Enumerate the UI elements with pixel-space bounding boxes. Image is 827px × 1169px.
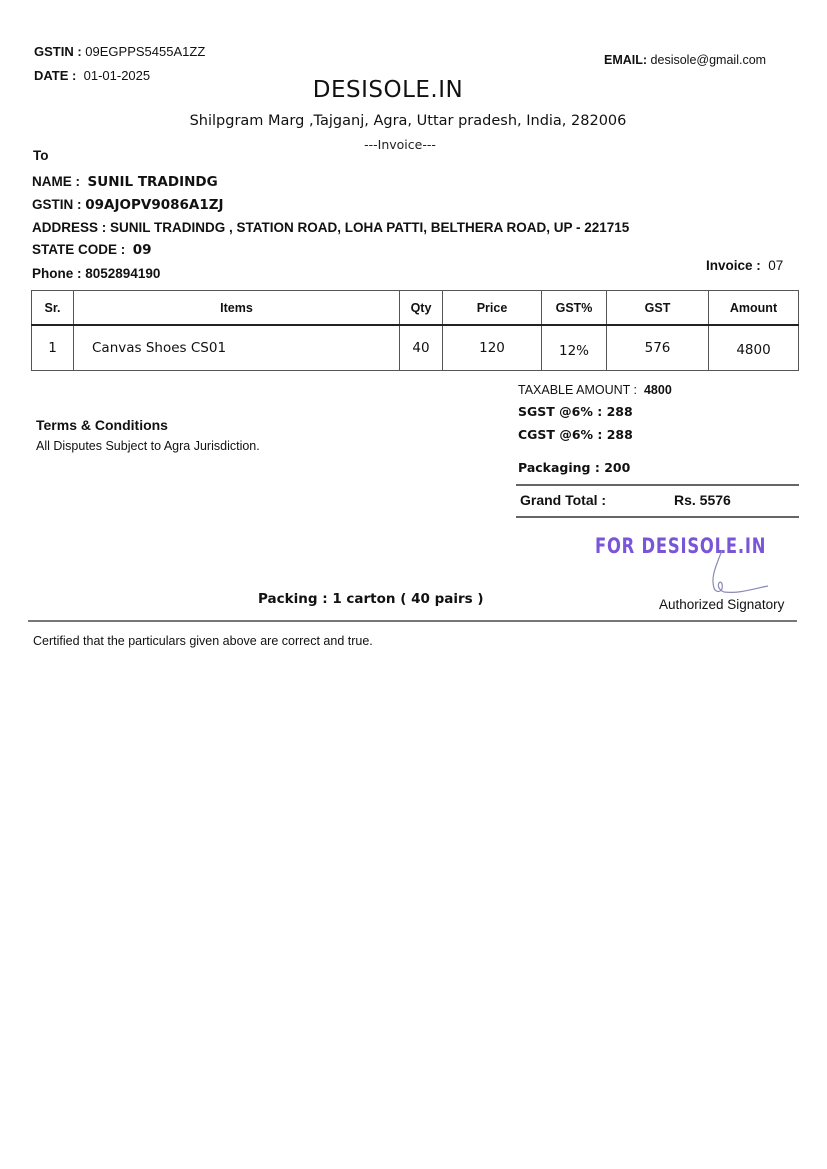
buyer-state-code: STATE CODE : 09	[32, 242, 152, 258]
column-header-gst-percent: GST%	[542, 291, 607, 326]
table-row: 1 Canvas Shoes CS01 40 120 12% 576 4800	[32, 325, 799, 371]
cell-gst: 576	[607, 325, 709, 371]
state-code-value: 09	[133, 242, 152, 258]
seller-email: EMAIL: desisole@gmail.com	[604, 53, 766, 67]
seller-gstin: GSTIN : 09EGPPS5455A1ZZ	[34, 44, 205, 59]
terms-title: Terms & Conditions	[36, 417, 168, 433]
terms-text: All Disputes Subject to Agra Jurisdictio…	[36, 439, 260, 453]
email-value: desisole@gmail.com	[651, 53, 767, 67]
phone-value: 8052894190	[85, 266, 160, 281]
authorized-signatory-label: Authorized Signatory	[659, 597, 784, 612]
divider	[516, 484, 799, 486]
packing-info: Packing : 1 carton ( 40 pairs )	[258, 591, 484, 607]
column-header-sr: Sr.	[32, 291, 74, 326]
buyer-address-label: ADDRESS :	[32, 220, 106, 235]
packaging-charge: Packaging : 200	[518, 460, 630, 475]
column-header-amount: Amount	[709, 291, 799, 326]
table-header-row: Sr. Items Qty Price GST% GST Amount	[32, 291, 799, 326]
grand-total-value: Rs. 5576	[674, 492, 731, 508]
buyer-address-value: SUNIL TRADINDG , STATION ROAD, LOHA PATT…	[110, 220, 629, 235]
cell-item: Canvas Shoes CS01	[74, 325, 400, 371]
buyer-phone: Phone : 8052894190	[32, 266, 160, 281]
buyer-name: NAME : SUNIL TRADINDG	[32, 174, 218, 190]
invoice-number-label: Invoice :	[706, 258, 761, 273]
buyer-name-value: SUNIL TRADINDG	[88, 174, 218, 190]
company-name: DESISOLE.IN	[0, 77, 776, 103]
column-header-gst: GST	[607, 291, 709, 326]
company-address: Shilpgram Marg ,Tajganj, Agra, Uttar pra…	[0, 113, 816, 129]
document-type: ---Invoice---	[0, 137, 800, 152]
column-header-price: Price	[443, 291, 542, 326]
signature-icon	[700, 548, 780, 598]
buyer-address: ADDRESS : SUNIL TRADINDG , STATION ROAD,…	[32, 220, 629, 235]
state-code-label: STATE CODE :	[32, 242, 125, 257]
buyer-name-label: NAME :	[32, 174, 80, 189]
seller-gstin-value: 09EGPPS5455A1ZZ	[85, 44, 205, 59]
to-label: To	[33, 148, 49, 163]
cell-qty: 40	[400, 325, 443, 371]
seller-gstin-label: GSTIN :	[34, 44, 82, 59]
taxable-label: TAXABLE AMOUNT :	[518, 383, 637, 397]
sgst-line: SGST @6% : 288	[518, 404, 633, 419]
column-header-qty: Qty	[400, 291, 443, 326]
phone-label: Phone :	[32, 266, 82, 281]
cell-gst-percent: 12%	[542, 325, 607, 371]
invoice-number-value: 07	[768, 258, 783, 273]
invoice-number: Invoice : 07	[706, 258, 783, 273]
grand-total-label: Grand Total :	[520, 492, 606, 508]
taxable-value: 4800	[644, 383, 672, 397]
buyer-gstin: GSTIN : 09AJOPV9086A1ZJ	[32, 197, 224, 213]
divider	[516, 516, 799, 518]
cgst-line: CGST @6% : 288	[518, 427, 633, 442]
email-label: EMAIL:	[604, 53, 647, 67]
buyer-gstin-label: GSTIN :	[32, 197, 82, 212]
taxable-amount: TAXABLE AMOUNT : 4800	[518, 383, 672, 397]
certification-text: Certified that the particulars given abo…	[33, 634, 373, 648]
items-table: Sr. Items Qty Price GST% GST Amount 1 Ca…	[31, 290, 799, 371]
cell-price: 120	[443, 325, 542, 371]
cell-sr: 1	[32, 325, 74, 371]
buyer-gstin-value: 09AJOPV9086A1ZJ	[85, 197, 223, 213]
divider	[28, 620, 797, 622]
cell-amount: 4800	[709, 325, 799, 371]
column-header-items: Items	[74, 291, 400, 326]
